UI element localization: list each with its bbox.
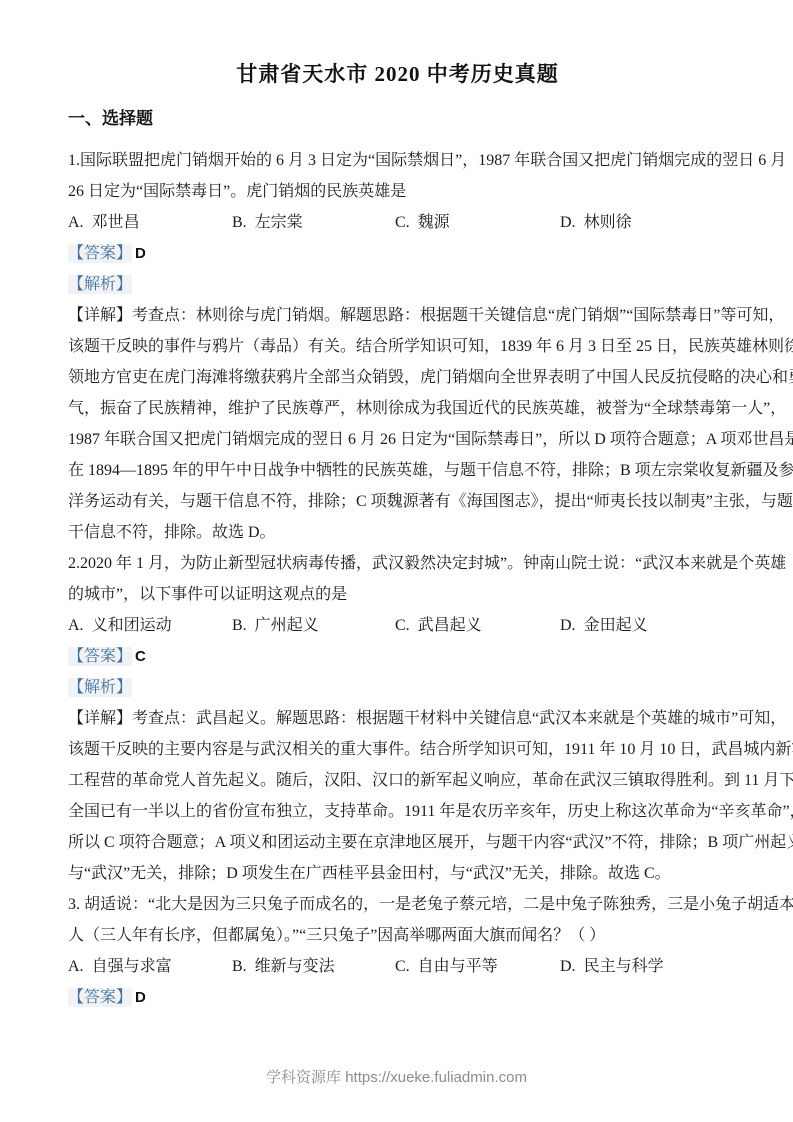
answer-line: 【答案】D bbox=[68, 238, 727, 269]
option-letter: D. bbox=[560, 214, 576, 231]
option-letter: B. bbox=[232, 214, 247, 231]
option-letter: C. bbox=[395, 958, 410, 975]
option-label: 维新与变法 bbox=[255, 958, 335, 975]
answer-label: 【答案】 bbox=[68, 647, 132, 666]
footer-watermark: 学科资源库 https://xueke.fuliadmin.com bbox=[0, 1066, 793, 1087]
question-stem-line: 1.国际联盟把虎门销烟开始的 6 月 3 日定为“国际禁烟日”，1987 年联合… bbox=[68, 145, 727, 176]
analysis-label: 【解析】 bbox=[68, 275, 132, 294]
option-d: D.金田起义 bbox=[560, 610, 727, 641]
option-d: D.林则徐 bbox=[560, 207, 727, 238]
analysis-label: 【解析】 bbox=[68, 678, 132, 697]
option-letter: D. bbox=[560, 617, 576, 634]
option-label: 邓世昌 bbox=[92, 214, 140, 231]
explanation-line: 与“武汉”无关，排除；D 项发生在广西桂平县金田村，与“武汉”无关，排除。故选 … bbox=[68, 858, 727, 889]
option-label: 金田起义 bbox=[584, 617, 648, 634]
option-a: A.邓世昌 bbox=[68, 207, 232, 238]
explanation-line: 该题干反映的主要内容是与武汉相关的重大事件。结合所学知识可知，1911 年 10… bbox=[68, 734, 727, 765]
option-label: 自强与求富 bbox=[92, 958, 172, 975]
option-letter: A. bbox=[68, 214, 84, 231]
answer-line: 【答案】D bbox=[68, 982, 727, 1013]
section-heading-multiple-choice: 一、选择题 bbox=[68, 106, 727, 132]
options-row: A.邓世昌 B.左宗棠 C.魏源 D.林则徐 bbox=[68, 207, 727, 238]
explanation-line: 全国已有一半以上的省份宣布独立，支持革命。1911 年是农历辛亥年，历史上称这次… bbox=[68, 796, 727, 827]
question-stem-line: 26 日定为“国际禁毒日”。虎门销烟的民族英雄是 bbox=[68, 176, 727, 207]
options-row: A.义和团运动 B.广州起义 C.武昌起义 D.金田起义 bbox=[68, 610, 727, 641]
analysis-line: 【解析】 bbox=[68, 269, 727, 300]
option-c: C.自由与平等 bbox=[395, 951, 560, 982]
options-row: A.自强与求富 B.维新与变法 C.自由与平等 D.民主与科学 bbox=[68, 951, 727, 982]
answer-label: 【答案】 bbox=[68, 244, 132, 263]
explanation-line: 所以 C 项符合题意；A 项义和团运动主要在京津地区展开，与题干内容“武汉”不符… bbox=[68, 827, 727, 858]
option-a: A.自强与求富 bbox=[68, 951, 232, 982]
document-content: 甘肃省天水市 2020 中考历史真题 一、选择题 1.国际联盟把虎门销烟开始的 … bbox=[0, 58, 793, 1013]
option-label: 民主与科学 bbox=[584, 958, 664, 975]
option-c: C.武昌起义 bbox=[395, 610, 560, 641]
explanation-line: 在 1894—1895 年的甲午中日战争中牺牲的民族英雄，与题干信息不符，排除；… bbox=[68, 455, 727, 486]
option-c: C.魏源 bbox=[395, 207, 560, 238]
option-letter: C. bbox=[395, 214, 410, 231]
explanation-line: 气，振奋了民族精神，维护了民族尊严，林则徐成为我国近代的民族英雄，被誉为“全球禁… bbox=[68, 393, 727, 424]
analysis-line: 【解析】 bbox=[68, 672, 727, 703]
answer-value: D bbox=[135, 245, 146, 262]
question-stem-line: 人（三人年有长序，但都属兔）。”“三只兔子”因高举哪两面大旗而闻名？（ ） bbox=[68, 920, 727, 951]
explanation-line: 该题干反映的事件与鸦片（毒品）有关。结合所学知识可知，1839 年 6 月 3 … bbox=[68, 331, 727, 362]
answer-value: C bbox=[135, 648, 146, 665]
question-stem-line: 3. 胡适说：“北大是因为三只兔子而成名的，一是老兔子蔡元培，二是中兔子陈独秀，… bbox=[68, 889, 727, 920]
option-label: 义和团运动 bbox=[92, 617, 172, 634]
question-3: 3. 胡适说：“北大是因为三只兔子而成名的，一是老兔子蔡元培，二是中兔子陈独秀，… bbox=[68, 889, 727, 1013]
explanation-line: 1987 年联合国又把虎门销烟完成的翌日 6 月 26 日定为“国际禁毒日”，所… bbox=[68, 424, 727, 455]
option-label: 广州起义 bbox=[255, 617, 319, 634]
option-a: A.义和团运动 bbox=[68, 610, 232, 641]
option-b: B.广州起义 bbox=[232, 610, 395, 641]
document-page: 甘肃省天水市 2020 中考历史真题 一、选择题 1.国际联盟把虎门销烟开始的 … bbox=[0, 0, 793, 1122]
option-letter: B. bbox=[232, 617, 247, 634]
option-letter: B. bbox=[232, 958, 247, 975]
question-stem-line: 的城市”，以下事件可以证明这观点的是 bbox=[68, 579, 727, 610]
page-title: 甘肃省天水市 2020 中考历史真题 bbox=[68, 58, 727, 90]
explanation-line: 领地方官吏在虎门海滩将缴获鸦片全部当众销毁，虎门销烟向全世界表明了中国人民反抗侵… bbox=[68, 362, 727, 393]
explanation-line: 【详解】考查点：林则徐与虎门销烟。解题思路：根据题干关键信息“虎门销烟”“国际禁… bbox=[68, 300, 727, 331]
question-stem-line: 2.2020 年 1 月，为防止新型冠状病毒传播，武汉毅然决定封城”。钟南山院士… bbox=[68, 548, 727, 579]
explanation-line: 【详解】考查点：武昌起义。解题思路：根据题干材料中关键信息“武汉本来就是个英雄的… bbox=[68, 703, 727, 734]
option-label: 自由与平等 bbox=[418, 958, 498, 975]
option-label: 魏源 bbox=[418, 214, 450, 231]
option-letter: C. bbox=[395, 617, 410, 634]
answer-label: 【答案】 bbox=[68, 988, 132, 1007]
answer-value: D bbox=[135, 989, 146, 1006]
question-1: 1.国际联盟把虎门销烟开始的 6 月 3 日定为“国际禁烟日”，1987 年联合… bbox=[68, 145, 727, 548]
option-letter: D. bbox=[560, 958, 576, 975]
option-b: B.维新与变法 bbox=[232, 951, 395, 982]
option-label: 左宗棠 bbox=[255, 214, 303, 231]
explanation-line: 洋务运动有关，与题干信息不符，排除；C 项魏源著有《海国图志》，提出“师夷长技以… bbox=[68, 486, 727, 517]
question-2: 2.2020 年 1 月，为防止新型冠状病毒传播，武汉毅然决定封城”。钟南山院士… bbox=[68, 548, 727, 889]
option-b: B.左宗棠 bbox=[232, 207, 395, 238]
option-d: D.民主与科学 bbox=[560, 951, 727, 982]
option-label: 林则徐 bbox=[584, 214, 632, 231]
explanation-line: 干信息不符，排除。故选 D。 bbox=[68, 517, 727, 548]
option-letter: A. bbox=[68, 958, 84, 975]
answer-line: 【答案】C bbox=[68, 641, 727, 672]
option-label: 武昌起义 bbox=[418, 617, 482, 634]
explanation-line: 工程营的革命党人首先起义。随后，汉阳、汉口的新军起义响应，革命在武汉三镇取得胜利… bbox=[68, 765, 727, 796]
option-letter: A. bbox=[68, 617, 84, 634]
